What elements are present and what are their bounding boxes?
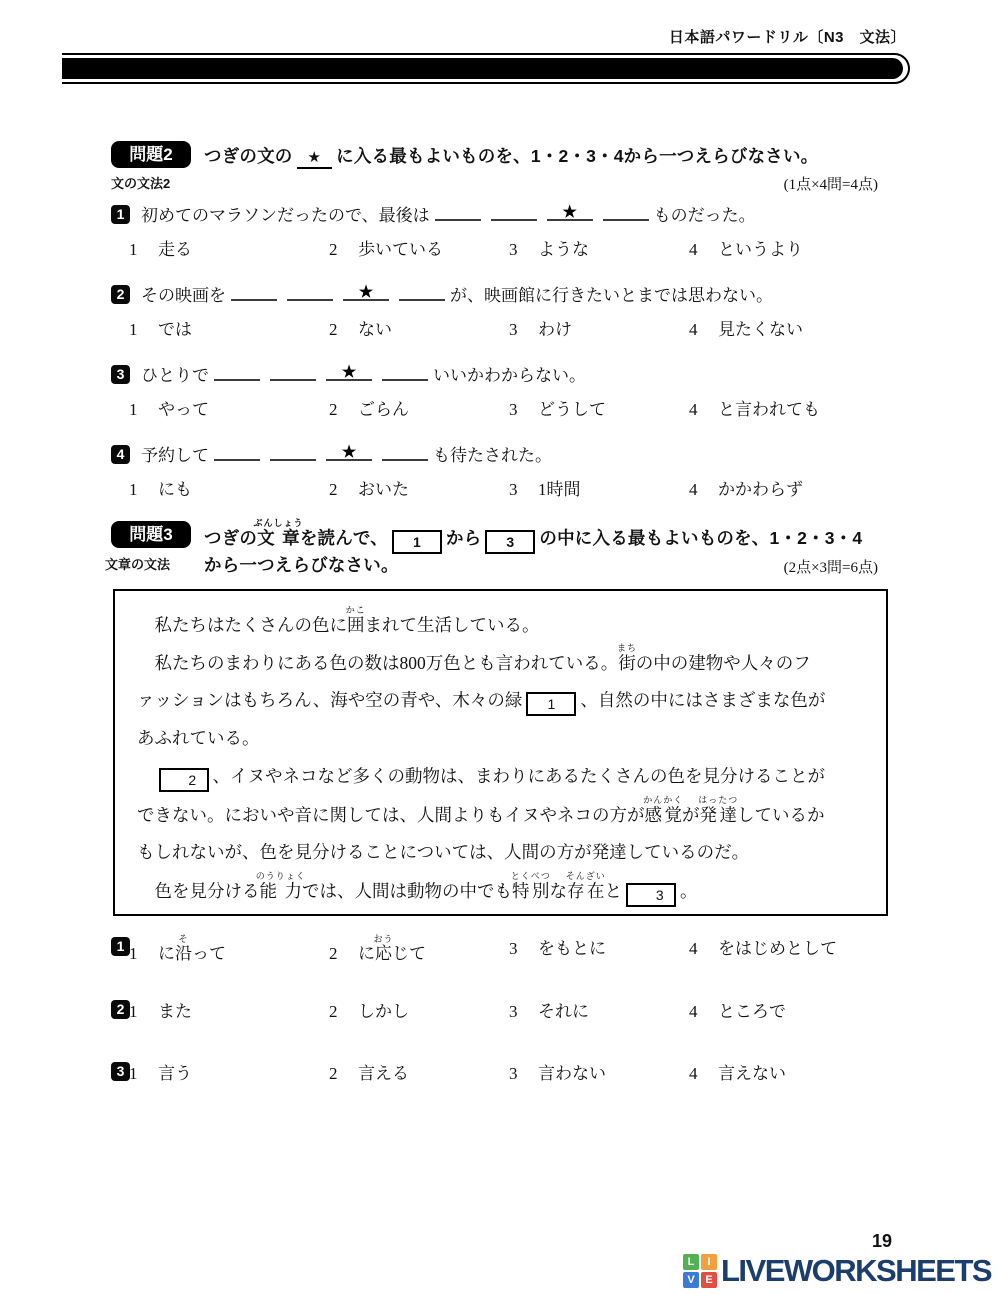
option-text: にも <box>158 480 192 499</box>
option-row: 1走る 2歩いている 3ような 4というより <box>129 235 911 260</box>
page-number: 19 <box>872 1231 892 1252</box>
logo-square-i: I <box>701 1254 717 1270</box>
answer-blank[interactable] <box>435 202 481 221</box>
divider-bar <box>62 53 910 84</box>
section3-points: (2点×3問=6点) <box>784 556 878 577</box>
answer-blank[interactable] <box>231 282 277 301</box>
answer-option[interactable]: 4かかわらず <box>689 475 911 500</box>
star-blank-icon: ★ <box>297 148 333 169</box>
option-text: 1時間 <box>538 480 581 499</box>
option-number: 1 <box>129 1002 141 1022</box>
option-number: 4 <box>689 1064 701 1084</box>
option-number: 1 <box>129 320 141 340</box>
answer-option[interactable]: 1走る <box>129 235 329 260</box>
option-row: 1また 2しかし 3それに 4ところで <box>129 997 921 1022</box>
section2-instruction: つぎの文の★に入る最もよいものを、1・2・3・4から一つえらびなさい。 <box>204 143 818 169</box>
option-text: ような <box>538 240 589 259</box>
worksheet-page: 日本語パワードリル〔N3 文法〕 問題2 文の文法2 つぎの文の★に入る最もよい… <box>0 0 1000 1294</box>
option-text: わけ <box>538 320 572 339</box>
answer-option[interactable]: 3をもとに <box>509 934 689 964</box>
answer-box-3[interactable]: 3 <box>626 883 676 907</box>
option-number: 3 <box>509 1064 521 1084</box>
option-number: 1 <box>129 1064 141 1084</box>
stem-text: ひとりで <box>141 366 209 385</box>
question-row-s2-4: 4予約して★も待たされた。 1にも 2おいた 31時間 4かかわらず <box>111 441 911 500</box>
passage-line: 2、イヌやネコなど多くの動物は、まわりにあるたくさんの色を見分けることが <box>137 757 866 795</box>
answer-option[interactable]: 2歩いている <box>329 235 509 260</box>
passage-line: 私たちのまわりにある色の数は800万色とも言われている。街まちの中の建物や人々の… <box>137 643 866 681</box>
answer-option[interactable]: 4と言われても <box>689 395 911 420</box>
option-number: 2 <box>329 1002 341 1022</box>
option-number: 3 <box>509 939 521 959</box>
section3-instruction-line1: つぎの文章ぶんしょうを読んで、1から3の中に入る最もよいものを、1・2・3・4 <box>204 518 862 554</box>
star-icon: ★ <box>563 202 577 222</box>
answer-blank[interactable] <box>382 362 428 381</box>
option-number: 2 <box>329 400 341 420</box>
stem-text: いいかわからない。 <box>433 366 586 385</box>
answer-blank[interactable] <box>287 282 333 301</box>
instruction-text: つぎの <box>204 528 257 548</box>
answer-blank[interactable] <box>399 282 445 301</box>
ruby-bunshou: 文章ぶんしょう <box>257 528 300 548</box>
option-text: というより <box>718 240 803 259</box>
passage-line: 色を見分ける能力のうりょくでは、人間は動物の中でも特別とくべつな存在そんざいと3… <box>137 871 866 909</box>
stem-text: が、映画館に行きたいとまでは思わない。 <box>450 286 773 305</box>
passage-line: できない。においや音に関しては、人間よりもイヌやネコの方が感覚かんかくが発達はっ… <box>137 795 866 833</box>
option-row: 1に沿そって 2に応おうじて 3をもとに 4をはじめとして <box>129 934 921 964</box>
question-number-badge: 2 <box>111 285 130 304</box>
option-text: 歩いている <box>358 240 443 259</box>
option-row: 1にも 2おいた 31時間 4かかわらず <box>129 475 911 500</box>
liveworksheets-logo[interactable]: L I V E LIVEWORKSHEETS <box>683 1253 991 1289</box>
option-number: 2 <box>329 240 341 260</box>
answer-option[interactable]: 2言える <box>329 1059 509 1084</box>
passage-line: もしれないが、色を見分けることについては、人間の方が発達しているのだ。 <box>137 833 866 871</box>
question-row-s2-2: 2その映画を★が、映画館に行きたいとまでは思わない。 1では 2ない 3わけ 4… <box>111 281 911 340</box>
option-text: おいた <box>358 480 409 499</box>
question-row-s3-1: 1 1に沿そって 2に応おうじて 3をもとに 4をはじめとして <box>111 934 921 964</box>
option-text: ごらん <box>358 400 409 419</box>
logo-square-v: V <box>683 1272 699 1288</box>
question-number-badge: 4 <box>111 445 130 464</box>
option-number: 2 <box>329 1064 341 1084</box>
answer-option[interactable]: 3ような <box>509 235 689 260</box>
option-number: 4 <box>689 320 701 340</box>
option-number: 3 <box>509 400 521 420</box>
star-icon: ★ <box>342 362 356 382</box>
answer-option[interactable]: 4をはじめとして <box>689 934 921 964</box>
answer-option[interactable]: 2おいた <box>329 475 509 500</box>
answer-option[interactable]: 1また <box>129 997 329 1022</box>
section2-badge: 問題2 <box>111 141 191 168</box>
option-number: 3 <box>509 1002 521 1022</box>
answer-option[interactable]: 1に沿そって <box>129 934 329 964</box>
answer-blank[interactable] <box>214 362 260 381</box>
answer-option[interactable]: 2ごらん <box>329 395 509 420</box>
answer-option[interactable]: 3それに <box>509 997 689 1022</box>
option-text: かかわらず <box>718 480 803 499</box>
answer-option[interactable]: 2に応おうじて <box>329 934 509 964</box>
passage-line: あふれている。 <box>137 719 866 757</box>
instruction-text: の中に入る最もよいものを、1・2・3・4 <box>539 528 862 548</box>
section2-category-label: 文の文法2 <box>111 173 170 192</box>
stem-text: 予約して <box>141 446 209 465</box>
question-stem: 2その映画を★が、映画館に行きたいとまでは思わない。 <box>111 281 911 306</box>
stem-text: も待たされた。 <box>433 446 552 465</box>
answer-blank-star[interactable]: ★ <box>326 362 372 381</box>
option-text: 走る <box>158 240 192 259</box>
option-number: 4 <box>689 1002 701 1022</box>
stem-text: 初めてのマラソンだったので、最後は <box>141 206 430 225</box>
option-number: 4 <box>689 240 701 260</box>
reading-passage-box: 私たちはたくさんの色に囲かこまれて生活している。 私たちのまわりにある色の数は8… <box>113 589 888 916</box>
answer-blank-star[interactable]: ★ <box>547 202 593 221</box>
answer-option[interactable]: 3言わない <box>509 1059 689 1084</box>
option-number: 1 <box>129 240 141 260</box>
option-text: 見たくない <box>718 320 803 339</box>
option-text: どうして <box>538 400 606 419</box>
answer-blank-star[interactable]: ★ <box>326 442 372 461</box>
question-number-badge: 1 <box>111 937 130 956</box>
option-text: ない <box>358 320 392 339</box>
question-number-badge: 2 <box>111 1000 130 1019</box>
stem-text: その映画を <box>141 286 226 305</box>
question-row-s3-2: 2 1また 2しかし 3それに 4ところで <box>111 997 921 1022</box>
option-number: 4 <box>689 480 701 500</box>
answer-box-ref-1: 1 <box>392 530 442 554</box>
answer-option[interactable]: 4ところで <box>689 997 921 1022</box>
section3-category-label: 文章の文法 <box>105 554 170 573</box>
answer-blank[interactable] <box>603 202 649 221</box>
answer-option[interactable]: 4というより <box>689 235 911 260</box>
question-row-s2-1: 1初めてのマラソンだったので、最後は★ものだった。 1走る 2歩いている 3よう… <box>111 201 911 260</box>
answer-option[interactable]: 2ない <box>329 315 509 340</box>
stem-text: ものだった。 <box>654 206 756 225</box>
question-stem: 4予約して★も待たされた。 <box>111 441 911 466</box>
option-number: 2 <box>329 320 341 340</box>
option-number: 1 <box>129 944 141 964</box>
instruction-text: から <box>446 528 481 548</box>
answer-option[interactable]: 1では <box>129 315 329 340</box>
answer-blank[interactable] <box>214 442 260 461</box>
option-text: やって <box>158 400 209 419</box>
option-row: 1では 2ない 3わけ 4見たくない <box>129 315 911 340</box>
question-row-s2-3: 3ひとりで★いいかわからない。 1やって 2ごらん 3どうして 4と言われても <box>111 361 911 420</box>
question-row-s3-3: 3 1言う 2言える 3言わない 4言えない <box>111 1059 921 1084</box>
question-number-badge: 1 <box>111 205 130 224</box>
answer-blank[interactable] <box>270 442 316 461</box>
section2-points: (1点×4問=4点) <box>784 173 878 194</box>
answer-blank-star[interactable]: ★ <box>343 282 389 301</box>
option-text: と言われても <box>718 400 820 419</box>
divider-bar-fill <box>62 58 903 79</box>
question-stem: 3ひとりで★いいかわからない。 <box>111 361 911 386</box>
answer-option[interactable]: 3わけ <box>509 315 689 340</box>
option-number: 3 <box>509 320 521 340</box>
option-number: 2 <box>329 944 341 964</box>
passage-line: ァッションはもちろん、海や空の青や、木々の緑1、自然の中にはさまざまな色が <box>137 681 866 719</box>
question-number-badge: 3 <box>111 1062 130 1081</box>
star-icon: ★ <box>342 442 356 462</box>
option-number: 3 <box>509 240 521 260</box>
option-text: では <box>158 320 192 339</box>
section3-instruction-line2: から一つえらびなさい。 <box>204 552 399 577</box>
question-stem: 1初めてのマラソンだったので、最後は★ものだった。 <box>111 201 911 226</box>
answer-option[interactable]: 1言う <box>129 1059 329 1084</box>
page-header-title: 日本語パワードリル〔N3 文法〕 <box>669 26 906 47</box>
option-number: 2 <box>329 480 341 500</box>
answer-option[interactable]: 31時間 <box>509 475 689 500</box>
instruction-text: を読んで、 <box>300 528 388 548</box>
option-number: 3 <box>509 480 521 500</box>
answer-blank[interactable] <box>382 442 428 461</box>
answer-option[interactable]: 1にも <box>129 475 329 500</box>
answer-blank[interactable] <box>491 202 537 221</box>
answer-option[interactable]: 1やって <box>129 395 329 420</box>
option-number: 4 <box>689 400 701 420</box>
logo-square-e: E <box>701 1272 717 1288</box>
question-number-badge: 3 <box>111 365 130 384</box>
logo-wordmark: LIVEWORKSHEETS <box>721 1253 991 1289</box>
instruction-text: に入る最もよいものを、1・2・3・4から一つえらびなさい。 <box>336 146 818 166</box>
passage-line: 私たちはたくさんの色に囲かこまれて生活している。 <box>137 605 866 643</box>
logo-square-l: L <box>683 1254 699 1270</box>
option-number: 4 <box>689 939 701 959</box>
answer-box-ref-3: 3 <box>485 530 535 554</box>
option-number: 1 <box>129 480 141 500</box>
answer-blank[interactable] <box>270 362 316 381</box>
answer-option[interactable]: 2しかし <box>329 997 509 1022</box>
answer-option[interactable]: 4言えない <box>689 1059 921 1084</box>
answer-box-2[interactable]: 2 <box>159 768 209 792</box>
section3-badge: 問題3 <box>111 521 191 548</box>
option-row: 1やって 2ごらん 3どうして 4と言われても <box>129 395 911 420</box>
star-icon: ★ <box>359 282 373 302</box>
option-row: 1言う 2言える 3言わない 4言えない <box>129 1059 921 1084</box>
instruction-text: つぎの文の <box>204 146 293 166</box>
answer-option[interactable]: 3どうして <box>509 395 689 420</box>
option-number: 1 <box>129 400 141 420</box>
answer-box-1[interactable]: 1 <box>526 692 576 716</box>
answer-option[interactable]: 4見たくない <box>689 315 911 340</box>
liveworksheets-logo-icon: L I V E <box>683 1254 717 1288</box>
